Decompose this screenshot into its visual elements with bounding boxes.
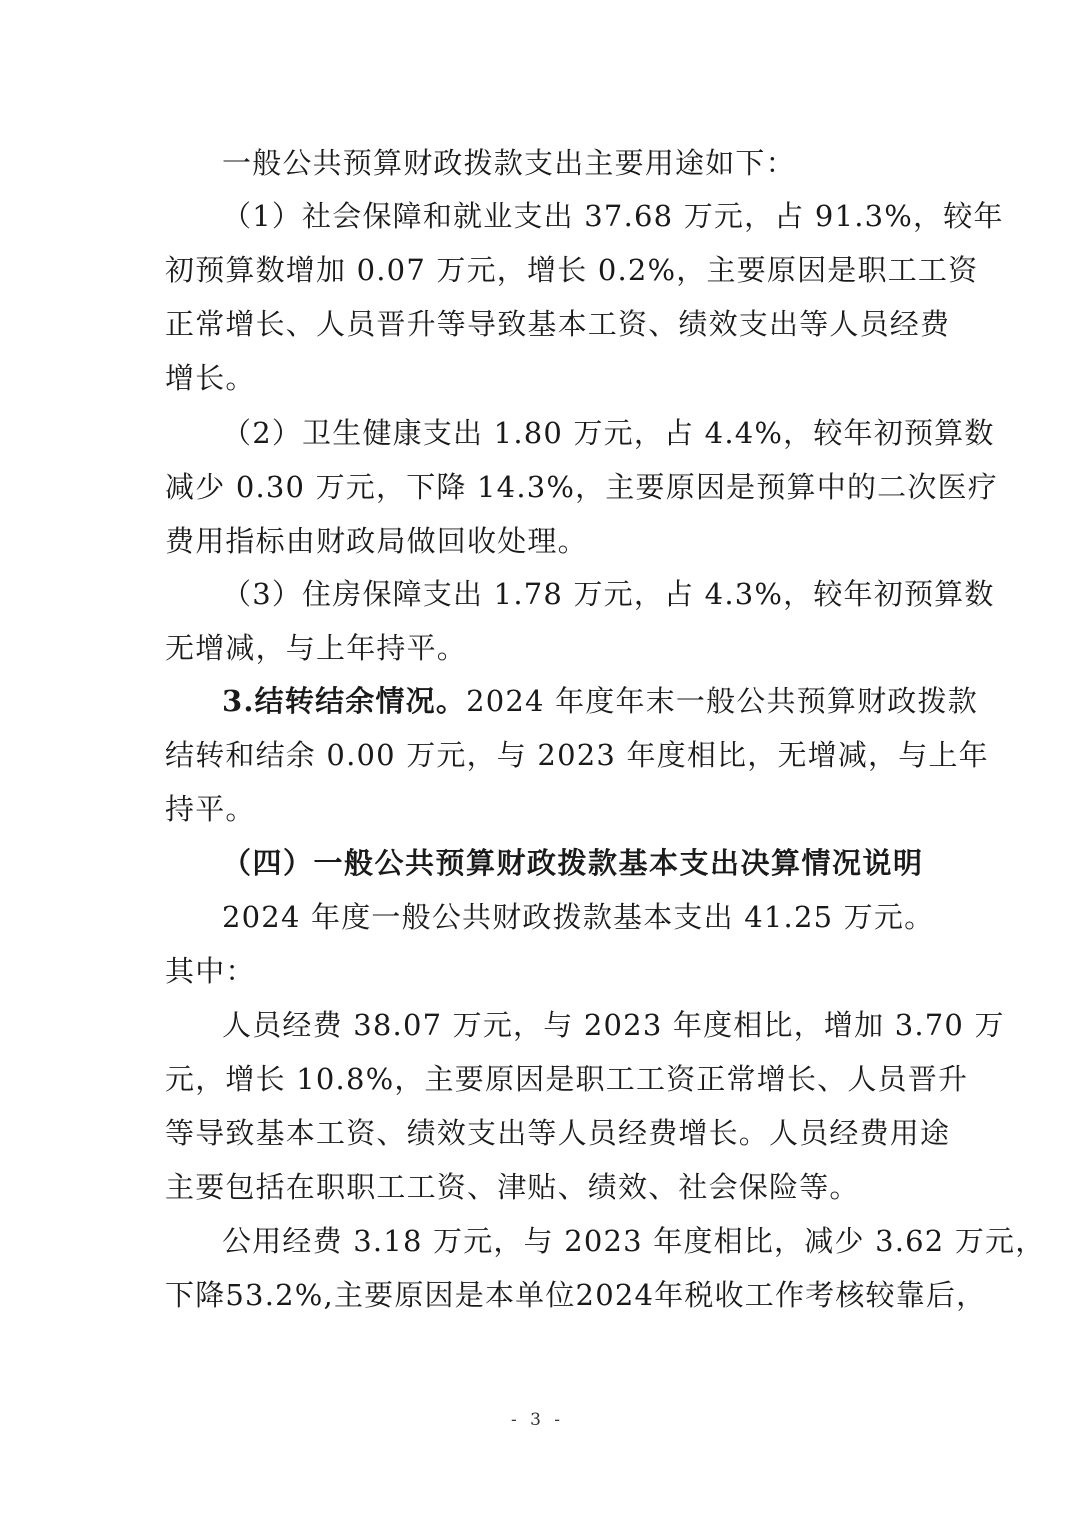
section3-line-2: 结转和结余 0.00 万元，与 2023 年度相比，无增减，与上年 — [165, 735, 910, 775]
document-page: 一般公共预算财政拨款支出主要用途如下： （1）社会保障和就业支出 37.68 万… — [0, 0, 1075, 1520]
intro-paragraph: 一般公共预算财政拨款支出主要用途如下： — [222, 143, 796, 183]
section4-summary-cont: 其中： — [165, 951, 256, 991]
personnel-line-1: 人员经费 38.07 万元，与 2023 年度相比，增加 3.70 万 — [222, 1005, 910, 1045]
item2-line-1: （2）卫生健康支出 1.80 万元，占 4.4%，较年初预算数 — [222, 413, 910, 453]
section3-title: 3.结转结余情况。 — [222, 681, 466, 721]
item1-line-1: （1）社会保障和就业支出 37.68 万元，占 91.3%，较年 — [222, 196, 910, 236]
item2-line-3: 费用指标由财政局做回收处理。 — [165, 521, 588, 561]
item2-line-2: 减少 0.30 万元，下降 14.3%，主要原因是预算中的二次医疗 — [165, 467, 910, 507]
section4-summary: 2024 年度一般公共财政拨款基本支出 41.25 万元。 — [222, 897, 934, 937]
section3-line-3: 持平。 — [165, 789, 256, 829]
item1-line-4: 增长。 — [165, 358, 256, 398]
section3-line-1: 3.结转结余情况。 2024 年度年末一般公共预算财政拨款 — [222, 681, 910, 721]
page-number: - 3 - — [0, 1410, 1075, 1430]
section3-text: 2024 年度年末一般公共预算财政拨款 — [466, 681, 978, 721]
personnel-line-4: 主要包括在职职工工资、津贴、绩效、社会保险等。 — [165, 1167, 860, 1207]
item1-line-3: 正常增长、人员晋升等导致基本工资、绩效支出等人员经费 — [165, 304, 910, 344]
item3-line-1: （3）住房保障支出 1.78 万元，占 4.3%，较年初预算数 — [222, 574, 910, 614]
public-line-2: 下降53.2%,主要原因是本单位2024年税收工作考核较靠后， — [165, 1275, 910, 1315]
section4-heading: （四）一般公共预算财政拨款基本支出决算情况说明 — [222, 843, 924, 883]
item3-line-2: 无增减，与上年持平。 — [165, 628, 467, 668]
item1-line-2: 初预算数增加 0.07 万元，增长 0.2%，主要原因是职工工资 — [165, 250, 910, 290]
public-line-1: 公用经费 3.18 万元，与 2023 年度相比，减少 3.62 万元， — [222, 1221, 910, 1261]
personnel-line-2: 元，增长 10.8%，主要原因是职工工资正常增长、人员晋升 — [165, 1059, 910, 1099]
personnel-line-3: 等导致基本工资、绩效支出等人员经费增长。人员经费用途 — [165, 1113, 910, 1153]
